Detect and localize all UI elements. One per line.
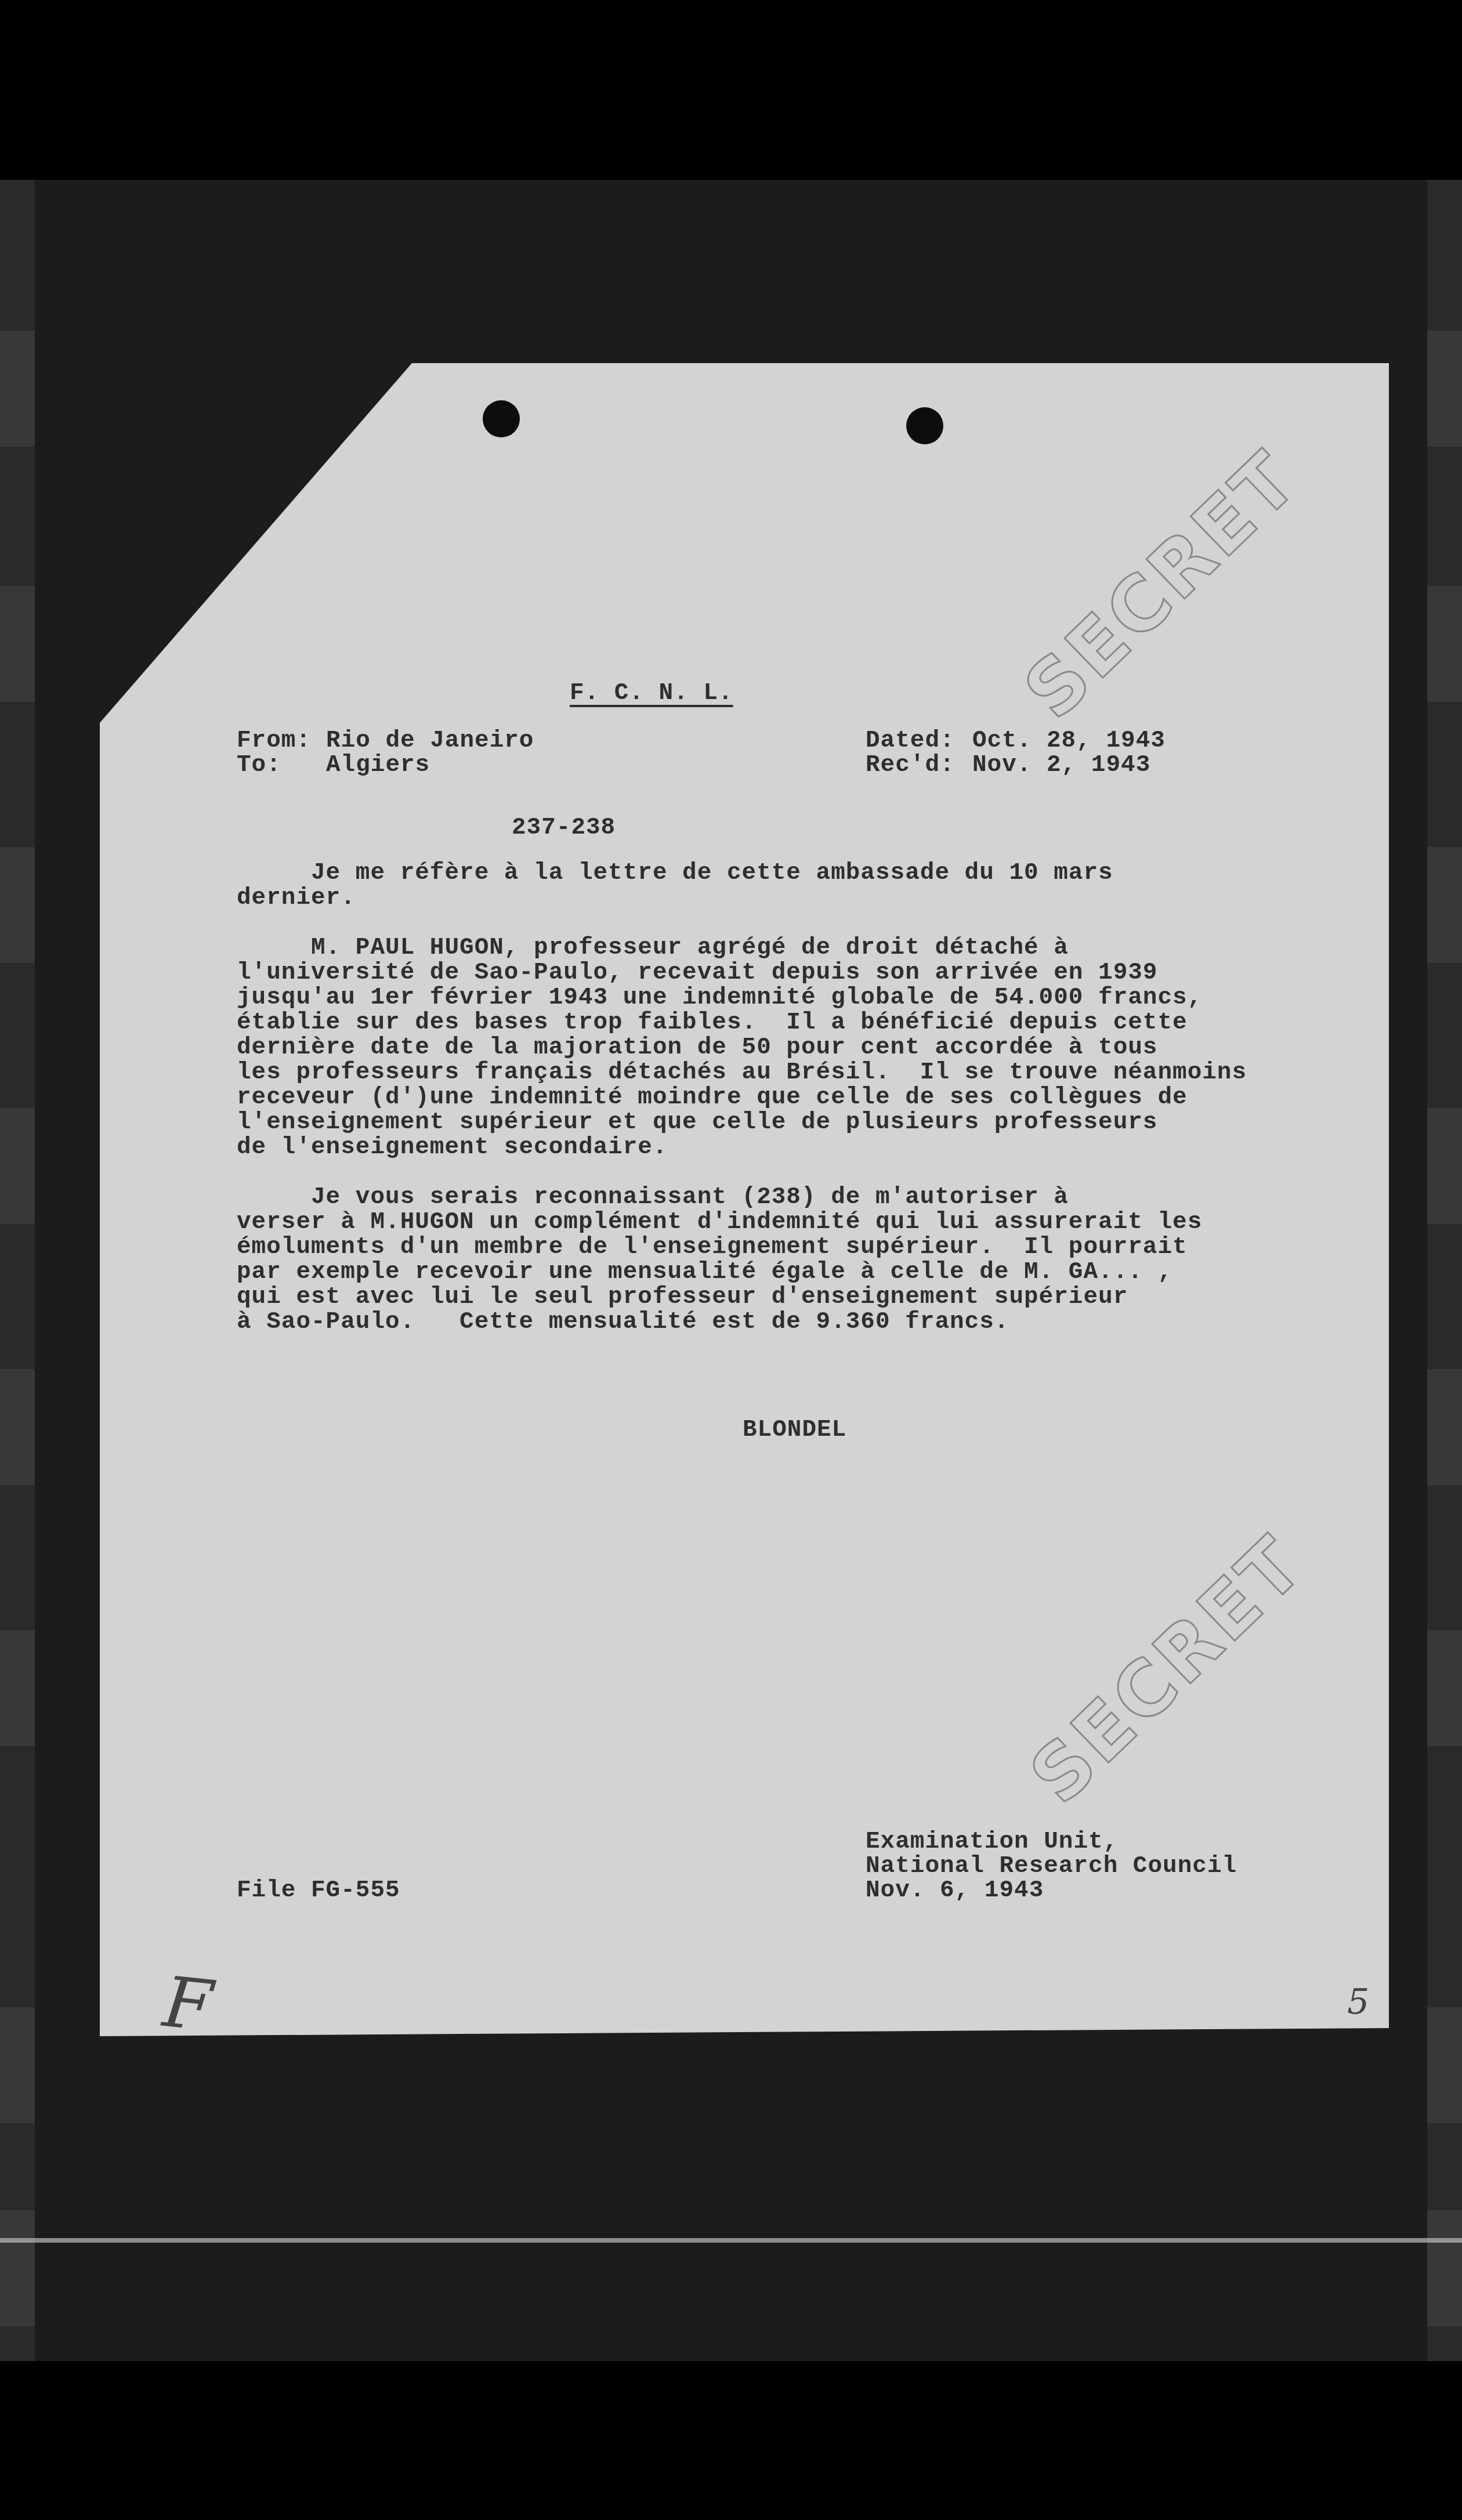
examination-unit-line1: Examination Unit, [866,1830,1118,1855]
secret-stamp-bottom: SECRET [1013,1519,1321,1820]
body-line: verser à M.HUGON un complément d'indemni… [237,1210,1247,1235]
from-value: Rio de Janeiro [326,729,534,754]
punch-hole-left [483,400,520,437]
body-line: jusqu'au 1er février 1943 une indemnité … [237,986,1247,1011]
received-value: Nov. 2, 1943 [972,753,1150,778]
body-line: dernière date de la majoration de 50 pou… [237,1035,1247,1060]
body-line: établie sur des bases trop faibles. Il a… [237,1011,1247,1035]
examination-unit-line2: National Research Council [866,1854,1237,1879]
body-line [237,911,1247,936]
reference-number: 237-238 [512,816,616,841]
handwritten-page-number: 5 [1347,1982,1369,2022]
document-title: F. C. N. L. [570,681,733,706]
body-line: émoluments d'un membre de l'enseignement… [237,1235,1247,1260]
body-line: qui est avec lui le seul professeur d'en… [237,1285,1247,1310]
body-line: receveur (d')une indemnité moindre que c… [237,1085,1247,1110]
punch-hole-right [906,407,943,444]
body-line: de l'enseignement secondaire. [237,1135,1247,1160]
body-line: par exemple recevoir une mensualité égal… [237,1260,1247,1285]
body-line [237,1160,1247,1185]
from-label: From: [237,729,311,754]
film-edge-right [1427,180,1462,2361]
body-line: M. PAUL HUGON, professeur agrégé de droi… [237,936,1247,961]
letter-body: Je me réfère à la lettre de cette ambass… [237,861,1247,1335]
to-label: To: [237,753,281,778]
received-label: Rec'd: [866,753,955,778]
dated-label: Dated: [866,729,955,754]
signature: BLONDEL [743,1418,846,1443]
file-reference: File FG-555 [237,1878,400,1903]
document-page: F. C. N. L. From: Rio de Janeiro To: Alg… [100,363,1389,2036]
body-line: les professeurs français détachés au Bré… [237,1060,1247,1085]
film-edge-left [0,180,35,2361]
body-line: Je me réfère à la lettre de cette ambass… [237,861,1247,886]
film-bottom-edge [0,2238,1462,2243]
handwritten-initial: F [160,1962,216,2047]
body-line: l'enseignement supérieur et que celle de… [237,1110,1247,1135]
body-line: l'université de Sao-Paulo, recevait depu… [237,961,1247,986]
examination-unit-date: Nov. 6, 1943 [866,1878,1044,1903]
body-line: Je vous serais reconnaissant (238) de m'… [237,1185,1247,1210]
body-line: à Sao-Paulo. Cette mensualité est de 9.3… [237,1310,1247,1335]
secret-stamp-top: SECRET [1007,434,1315,736]
body-line: dernier. [237,886,1247,911]
to-value: Algiers [326,753,430,778]
